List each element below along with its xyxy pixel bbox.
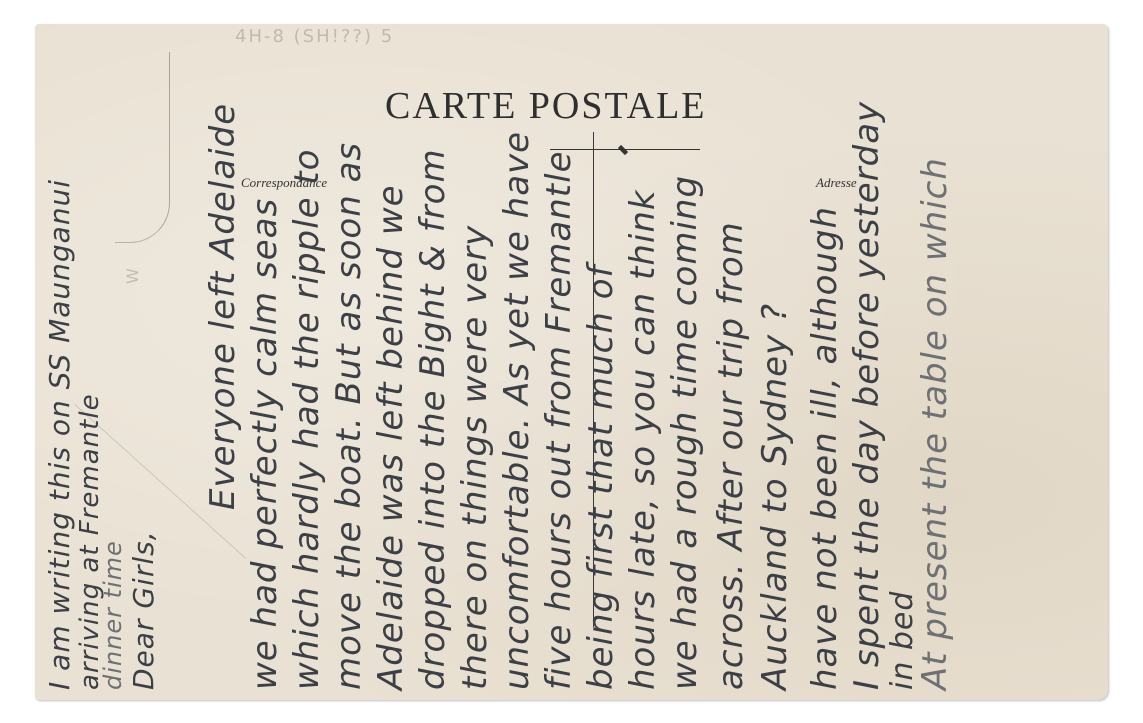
postcard: 4H-8 (SH!??) 5 W CARTE POSTALE Correspon…: [35, 24, 1108, 700]
handwritten-line: I spent the day before yesterday: [847, 101, 887, 690]
handwritten-line: which hardly had the ripple to: [287, 149, 327, 690]
handwritten-line: move the boat. But as soon as: [329, 142, 369, 690]
handwritten-line: we had a rough time coming: [665, 175, 705, 690]
handwritten-line: dropped into the Bight & from: [413, 148, 453, 690]
handwritten-line: being first that much of: [581, 265, 621, 690]
handwritten-message: I am writing this on SS Maunganui arrivi…: [35, 24, 1108, 700]
handwritten-line: Auckland to Sydney ?: [755, 303, 795, 690]
handwritten-line: I am writing this on SS Maunganui: [43, 179, 76, 690]
handwritten-line: uncomfortable. As yet we have: [497, 131, 537, 690]
handwritten-line: Everyone left Adelaide: [203, 103, 243, 510]
handwritten-line: there on things were very: [455, 225, 495, 690]
handwritten-line: Adelaide was left behind we: [371, 184, 411, 690]
handwritten-line: we had perfectly calm seas: [245, 198, 285, 690]
handwritten-line: hours late, so you can think: [623, 189, 663, 690]
handwritten-line: have not been ill, although: [805, 206, 845, 690]
handwritten-line: five hours out from Fremantle: [539, 151, 579, 690]
handwritten-line: across. After our trip from: [711, 221, 751, 690]
handwritten-line: dinner time: [99, 540, 127, 690]
handwritten-line: Dear Girls,: [127, 530, 160, 690]
handwritten-line: At present the table on which: [915, 157, 955, 690]
